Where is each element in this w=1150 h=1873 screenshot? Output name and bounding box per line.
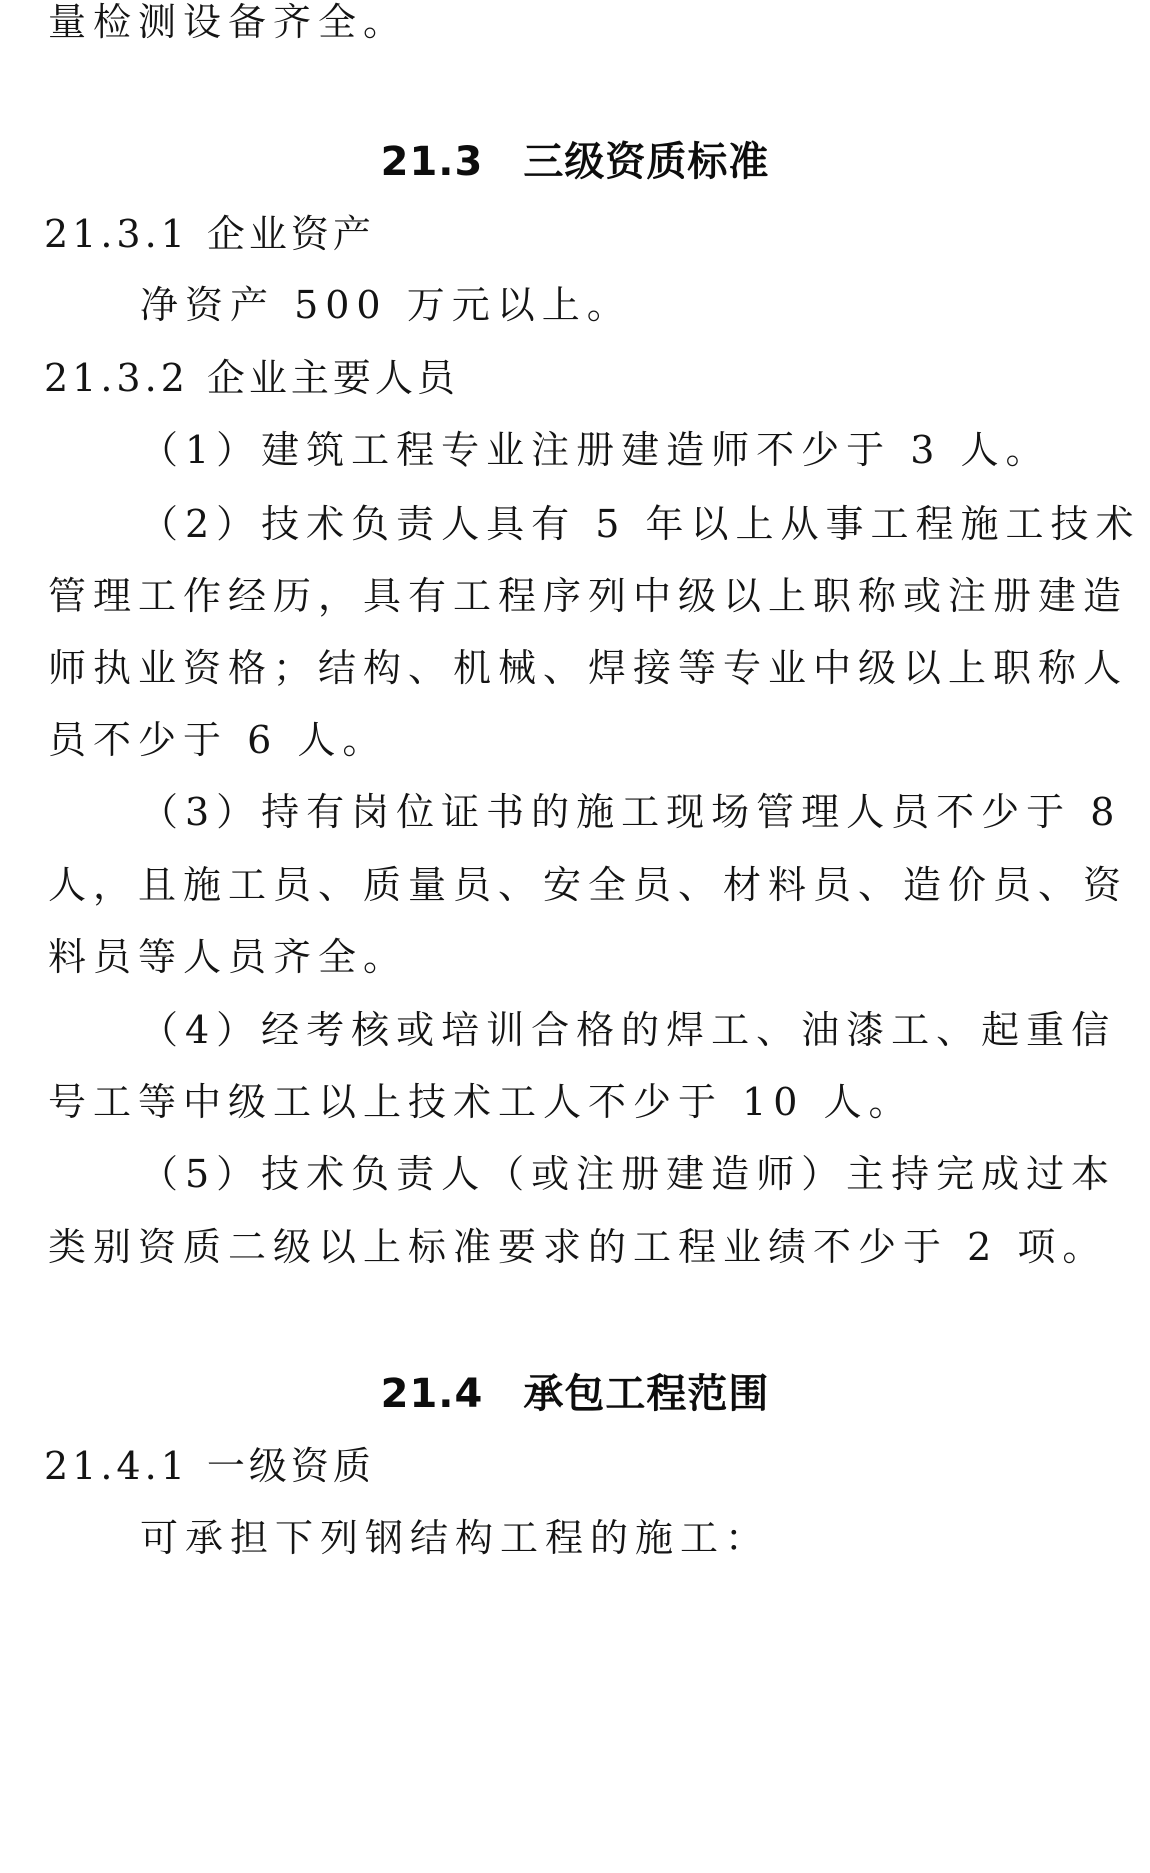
paragraph-line: 员不少于 6 人。 [48, 718, 387, 762]
subsection-heading-21-4-1: 21.4.1一级资质 [44, 1444, 375, 1488]
subsection-heading-21-3-2: 21.3.2企业主要人员 [44, 356, 459, 400]
subsection-title: 企业主要人员 [207, 356, 459, 400]
paragraph-line: 净资产 500 万元以上。 [140, 283, 632, 327]
section-heading-21-3: 21.3三级资质标准 [0, 138, 1150, 186]
subsection-heading-21-3-1: 21.3.1企业资产 [44, 212, 375, 256]
section-title: 承包工程范围 [523, 1371, 769, 1417]
paragraph-line: （5）技术负责人（或注册建造师）主持完成过本 [140, 1152, 1116, 1196]
subsection-number: 21.3.2 [44, 356, 189, 400]
paragraph-line: （1）建筑工程专业注册建造师不少于 3 人。 [140, 428, 1051, 472]
paragraph-line: 可承担下列钢结构工程的施工： [140, 1516, 770, 1560]
paragraph-line: （2）技术负责人具有 5 年以上从事工程施工技术 [140, 502, 1141, 546]
section-number: 21.3 [381, 139, 484, 185]
subsection-title: 一级资质 [207, 1444, 375, 1488]
paragraph-line: 号工等中级工以上技术工人不少于 10 人。 [48, 1080, 914, 1124]
subsection-number: 21.4.1 [44, 1444, 189, 1488]
paragraph-line: （4）经考核或培训合格的焊工、油漆工、起重信 [140, 1008, 1116, 1052]
paragraph-line: 料员等人员齐全。 [48, 935, 408, 979]
section-number: 21.4 [381, 1371, 484, 1417]
paragraph-line: 管理工作经历，具有工程序列中级以上职称或注册建造 [48, 574, 1128, 618]
paragraph-line: （3）持有岗位证书的施工现场管理人员不少于 8 [140, 790, 1121, 834]
section-heading-21-4: 21.4承包工程范围 [0, 1370, 1150, 1418]
paragraph-line: 人，且施工员、质量员、安全员、材料员、造价员、资 [48, 863, 1128, 907]
subsection-title: 企业资产 [207, 212, 375, 256]
subsection-number: 21.3.1 [44, 212, 189, 256]
paragraph-line: 量检测设备齐全。 [48, 0, 408, 44]
section-title: 三级资质标准 [523, 139, 769, 185]
paragraph-line: 类别资质二级以上标准要求的工程业绩不少于 2 项。 [48, 1225, 1107, 1269]
paragraph-line: 师执业资格；结构、机械、焊接等专业中级以上职称人 [48, 646, 1128, 690]
document-page: 量检测设备齐全。 21.3三级资质标准 21.3.1企业资产 净资产 500 万… [0, 0, 1150, 1873]
